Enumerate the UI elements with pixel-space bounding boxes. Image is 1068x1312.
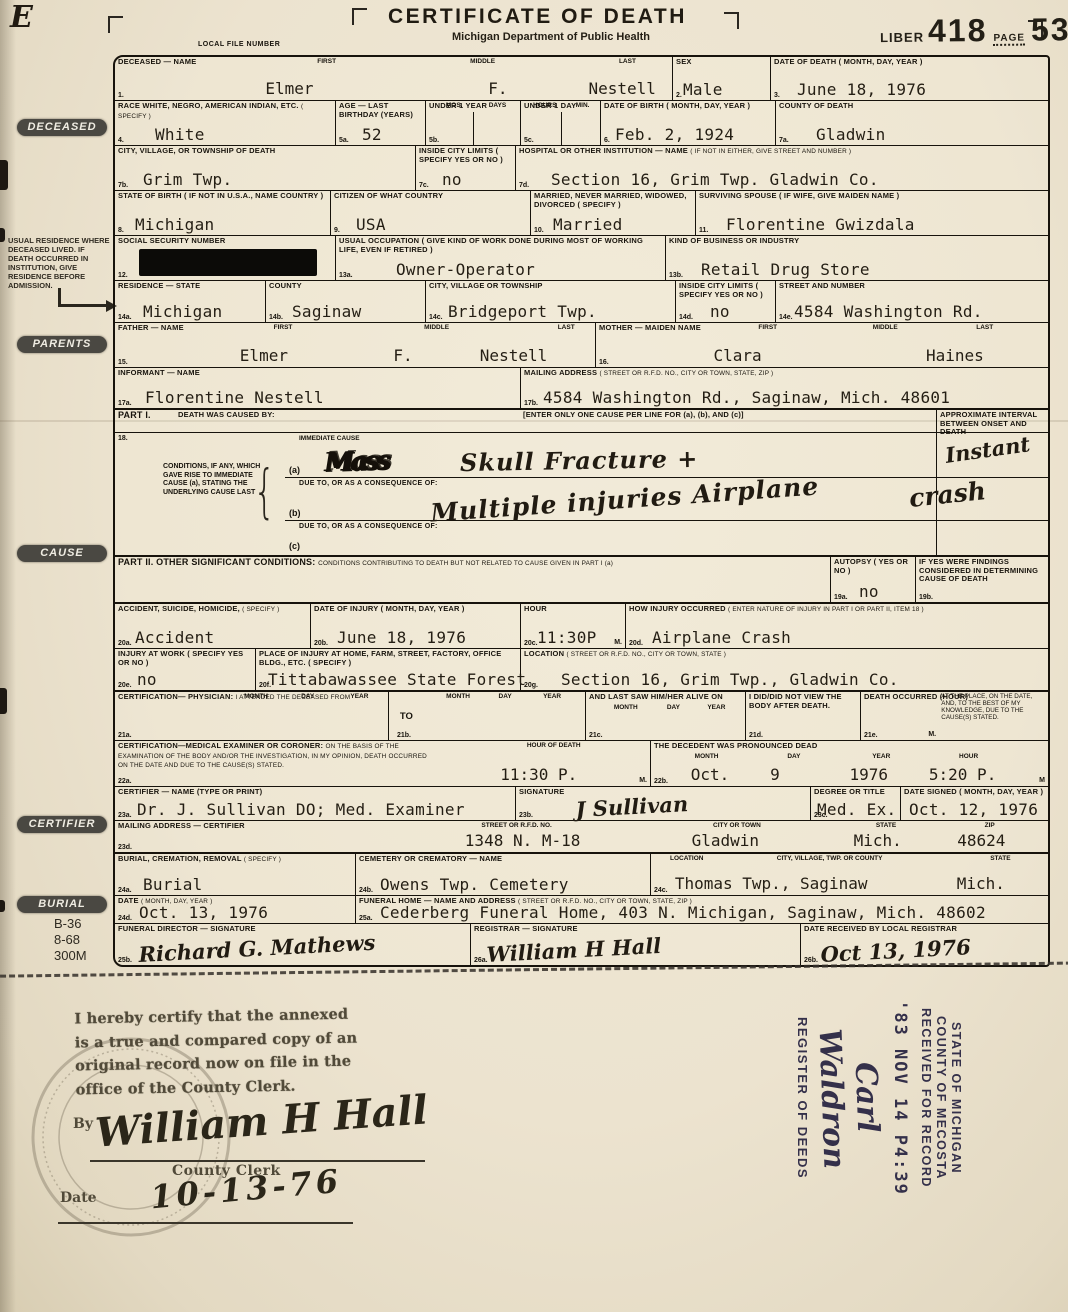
column-head: HOURS [533, 102, 556, 109]
field-value: Thomas Twp., Saginaw [675, 874, 868, 893]
field-value: Grim Twp. [143, 171, 232, 188]
field-number: 9. [334, 227, 340, 234]
field-number: 15. [118, 359, 128, 366]
field-sublabel: ( IF NOT IN EITHER, GIVE STREET AND NUMB… [690, 148, 851, 155]
field-number: 21b. [397, 732, 411, 739]
field-number: 23a. [118, 812, 132, 819]
cause-line-b: DUE TO, OR AS A CONSEQUENCE OF: (b) Mult… [285, 478, 936, 521]
field-sublabel: ( ENTER NATURE OF INJURY IN PART I OR PA… [728, 606, 924, 613]
field-number: 11. [699, 227, 708, 234]
industry-field: KIND OF BUSINESS OR INDUSTRY13b.Retail D… [665, 236, 1048, 280]
section-tab-parents: PARENTS [17, 336, 107, 353]
row-burial: BURIAL, CREMATION, REMOVAL ( SPECIFY )24… [115, 852, 1048, 895]
column-head: CITY OR TOWN [713, 822, 761, 829]
column-head: FIRST [758, 324, 777, 331]
row-place-of-death: CITY, VILLAGE, OR TOWNSHIP OF DEATH7b.Gr… [115, 145, 1048, 190]
field-number: 14a. [118, 314, 132, 321]
field-value: Dr. J. Sullivan DO; Med. Examiner [137, 801, 465, 818]
field-number: 22b. [654, 778, 668, 785]
date-of-death-field: DATE OF DEATH ( MONTH, DAY, YEAR )3.June… [770, 57, 1048, 100]
field-label: [ENTER ONLY ONE CAUSE PER LINE FOR (a), … [523, 411, 934, 420]
residence-city-field: CITY, VILLAGE OR TOWNSHIP14c.Bridgeport … [425, 281, 675, 322]
field-label: RACE WHITE, NEGRO, AMERICAN INDIAN, ETC.… [118, 102, 333, 121]
street-number-field: STREET AND NUMBER14e.4584 Washington Rd. [775, 281, 1048, 322]
informant-field: INFORMANT — NAME17a.Florentine Nestell [115, 368, 520, 408]
field-number: 3. [774, 92, 780, 99]
row-informant: INFORMANT — NAME17a.Florentine NestellMA… [115, 367, 1048, 408]
physician-certification-field: CERTIFICATION— PHYSICIAN: I ATTENDED THE… [115, 692, 585, 740]
field-sublabel: ( SPECIFY ) [118, 103, 303, 120]
handwritten-cause-b: Multiple injuries Airplane [429, 471, 820, 527]
field-number: 13b. [669, 272, 683, 279]
date-of-birth-field: DATE OF BIRTH ( MONTH, DAY, YEAR )6.Feb.… [600, 101, 775, 145]
register-signature: Carl Waldron [811, 997, 888, 1199]
funeral-home-field: FUNERAL HOME — NAME AND ADDRESS ( STREET… [355, 896, 1048, 923]
field-number: 21c. [589, 732, 603, 739]
field-number: 21e. [864, 732, 878, 739]
field-number: 23d. [118, 844, 132, 851]
handwritten-value: William H Hall [486, 937, 661, 963]
field-value: June 18, 1976 [797, 81, 926, 98]
column-head: STATE [876, 822, 896, 829]
column-head: MONTH [446, 693, 470, 700]
field-value: 5:20 P. [929, 765, 996, 784]
section-tab-deceased: DECEASED [17, 119, 107, 136]
field-label: FATHER — NAME [118, 324, 593, 333]
form-code-line: B-36 [54, 916, 87, 932]
cell-divider [388, 692, 390, 740]
marital-status-field: MARRIED, NEVER MARRIED, WIDOWED, DIVORCE… [530, 191, 695, 235]
page-value: 536 [1031, 11, 1068, 49]
field-number: 16. [599, 359, 609, 366]
burial-date-field: DATE ( MONTH, DAY, YEAR )24d.Oct. 13, 19… [115, 896, 355, 923]
liber-page-stamp: LIBER 418 PAGE 536 [880, 11, 1068, 50]
field-label: USUAL OCCUPATION ( GIVE KIND OF WORK DON… [339, 237, 663, 254]
field-value: 1348 N. M-18 [465, 831, 581, 850]
field-number: 5a. [339, 137, 349, 144]
field-sublabel: ( STREET OR R.F.D. NO., CITY OR TOWN, ST… [599, 370, 773, 377]
field-value: Gladwin [692, 831, 759, 850]
residence-county-field: COUNTY14b.Saginaw [265, 281, 425, 322]
field-label: SOCIAL SECURITY NUMBER [118, 237, 333, 246]
column-head: MONTH [695, 753, 719, 760]
field-label: DATE RECEIVED BY LOCAL REGISTRAR [804, 925, 1046, 934]
field-value: Elmer [265, 79, 313, 98]
interval-column: Instant crash [936, 433, 1049, 555]
stamp-line: STATE OF MICHIGAN [948, 998, 963, 1198]
field-number: 24d. [118, 915, 132, 922]
due-to-label: DUE TO, OR AS A CONSEQUENCE OF: [299, 480, 438, 487]
field-label: CITY, VILLAGE OR TOWNSHIP [429, 282, 673, 291]
registrar-signature-field: REGISTRAR — SIGNATURE26a.William H Hall [470, 924, 800, 965]
field-value: Florentine Nestell [145, 389, 324, 406]
field-label: MAILING ADDRESS ( STREET OR R.F.D. NO., … [524, 369, 1046, 379]
degree-title-field: DEGREE OR TITLE23c.Med. Ex. [810, 787, 900, 820]
father-name-field: FATHER — NAMEFIRSTMIDDLELAST15.ElmerF.Ne… [115, 323, 595, 367]
field-number: 21d. [749, 732, 763, 739]
line-letter: (a) [289, 465, 300, 475]
row-examiner-cert: CERTIFICATION—MEDICAL EXAMINER OR CORONE… [115, 740, 1048, 786]
field-label: HOSPITAL OR OTHER INSTITUTION — NAME ( I… [519, 147, 1046, 157]
handwritten-interval: Instant [944, 431, 1032, 468]
row-certifier-address: MAILING ADDRESS — CERTIFIER23d.STREET OR… [115, 820, 1048, 852]
column-head: LAST [619, 58, 636, 65]
age-field: AGE — LAST BIRTHDAY (YEARS)5a.52 [335, 101, 425, 145]
column-head: LOCATION [670, 855, 703, 862]
interval-a-cell: Instant [937, 433, 1049, 478]
death-certificate-page: E CERTIFICATE OF DEATH Michigan Departme… [0, 0, 1068, 1312]
registration-mark [108, 16, 123, 33]
field-value: Mich. [854, 831, 902, 850]
row-parents: FATHER — NAMEFIRSTMIDDLELAST15.ElmerF.Ne… [115, 322, 1048, 367]
field-value: USA [356, 216, 386, 233]
autopsy-field: AUTOPSY ( YES OR NO )19a.no [830, 557, 915, 602]
handwritten-value: Richard G. Mathews [138, 934, 376, 963]
field-value: Clara [714, 346, 762, 365]
column-head: STATE [990, 855, 1010, 862]
field-number: 5c. [524, 137, 534, 144]
field-number: 7b. [118, 182, 128, 189]
field-label: SEX [676, 58, 768, 67]
scan-artifact [0, 688, 7, 714]
field-value: Florentine Gwizdala [726, 216, 915, 233]
certifier-signature-field: SIGNATURE23b.J Sullivan [515, 787, 810, 820]
column-head: FIRST [317, 58, 336, 65]
column-head: CITY, VILLAGE, TWP. OR COUNTY [777, 855, 883, 862]
field-number: 18. [118, 435, 128, 442]
hour-of-injury-field: HOUR20c.11:30PM. [520, 604, 625, 648]
row-deceased-name: DECEASED — NAMEFIRSTMIDDLELAST1.ElmerF.N… [115, 57, 1048, 100]
field-value: Mich. [957, 874, 1005, 893]
field-label: LOCATION ( STREET OR R.F.D. NO., CITY OR… [524, 650, 1046, 660]
page-title: CERTIFICATE OF DEATH [388, 5, 687, 29]
field-label: THE DECEDENT WAS PRONOUNCED DEAD [654, 742, 1046, 751]
interval-header-cell: APPROXIMATE INTERVAL BETWEEN ONSET AND D… [936, 410, 1048, 432]
field-value: Michigan [143, 303, 222, 320]
field-label: INFORMANT — NAME [118, 369, 518, 378]
column-head: YEAR [350, 693, 368, 700]
field-label: CERTIFICATION—MEDICAL EXAMINER OR CORONE… [118, 742, 428, 771]
unit-label: M. [639, 777, 647, 784]
race-field: RACE WHITE, NEGRO, AMERICAN INDIAN, ETC.… [115, 101, 335, 145]
field-label: INSIDE CITY LIMITS ( SPECIFY YES OR NO ) [419, 147, 513, 164]
field-number: 24b. [359, 887, 373, 894]
stamp-line: COUNTY OF MECOSTA [933, 998, 948, 1198]
field-label: PART I. [118, 411, 173, 420]
row-residence: RESIDENCE — STATE14a.MichiganCOUNTY14b.S… [115, 280, 1048, 322]
handwritten-cause-a: Skull Fracture + [460, 444, 699, 477]
field-note: AT THE PLACE, ON THE DATE, AND, TO THE B… [941, 693, 1046, 721]
line-letter: (c) [289, 541, 300, 551]
section-tab-cause: CAUSE [17, 545, 107, 562]
field-number: 14d. [679, 314, 693, 321]
field-value: Oct. 12, 1976 [909, 801, 1038, 818]
row-physician-cert: CERTIFICATION— PHYSICIAN: I ATTENDED THE… [115, 690, 1048, 740]
field-label: DATE SIGNED ( MONTH, DAY, YEAR ) [904, 788, 1046, 797]
field-value: White [155, 126, 205, 143]
date-signed-field: DATE SIGNED ( MONTH, DAY, YEAR )Oct. 12,… [900, 787, 1048, 820]
field-number: 25a. [359, 915, 373, 922]
row-burial-date-funeral-home: DATE ( MONTH, DAY, YEAR )24d.Oct. 13, 19… [115, 895, 1048, 923]
redaction-box [139, 249, 317, 276]
field-number: 20e. [118, 682, 132, 689]
cause-conditions-cell: 18. CONDITIONS, IF ANY, WHICH GAVE RISE … [115, 433, 285, 555]
injury-location-field: LOCATION ( STREET OR R.F.D. NO., CITY OR… [520, 649, 1048, 690]
field-value: Gladwin [816, 126, 886, 143]
sex-field: SEX2.Male [672, 57, 770, 100]
field-number: 7c. [419, 182, 429, 189]
row-ssn-occupation: SOCIAL SECURITY NUMBER12.USUAL OCCUPATIO… [115, 235, 1048, 280]
field-number: 12. [118, 272, 128, 279]
field-number: 19b. [919, 594, 933, 601]
row-injury-place: INJURY AT WORK ( SPECIFY YES OR NO )20e.… [115, 648, 1048, 690]
row-injury: ACCIDENT, SUICIDE, HOMICIDE, ( SPECIFY )… [115, 602, 1048, 648]
field-value: 9 [770, 765, 780, 784]
column-head: MIN. [576, 102, 590, 109]
part1-label-cell: PART I. [115, 410, 175, 432]
field-label: CEMETERY OR CREMATORY — NAME [359, 855, 648, 864]
column-head: DAY [499, 693, 512, 700]
row-race-age-birth: RACE WHITE, NEGRO, AMERICAN INDIAN, ETC.… [115, 100, 1048, 145]
field-label: MARRIED, NEVER MARRIED, WIDOWED, DIVORCE… [534, 192, 693, 209]
handwritten-cause-a-scrawl: Mass [324, 446, 388, 478]
field-label: COUNTY OF DEATH [779, 102, 1046, 111]
field-number: 8. [118, 227, 124, 234]
cause-line-a: IMMEDIATE CAUSE (a) Mass Skull Fracture … [285, 433, 936, 478]
field-number: 24c. [654, 887, 668, 894]
column-head: DAY [301, 693, 314, 700]
death-occurred-attest-field: DEATH OCCURRED (HOUR)21e.M.AT THE PLACE,… [860, 692, 1048, 740]
field-value: Haines [926, 346, 984, 365]
field-label: STREET AND NUMBER [779, 282, 1046, 291]
field-number: 24a. [118, 887, 132, 894]
field-value: 11:30 P. [500, 765, 577, 784]
field-value: 4584 Washington Rd. [794, 303, 983, 320]
scan-artifact [0, 900, 5, 912]
registration-mark [352, 8, 367, 25]
field-label: AUTOPSY ( YES OR NO ) [834, 558, 913, 575]
field-value: Section 16, Grim Twp. Gladwin Co. [551, 171, 879, 188]
column-head: LAST [558, 324, 575, 331]
field-value: Owner-Operator [396, 261, 535, 278]
residence-state-field: RESIDENCE — STATE14a.Michigan [115, 281, 265, 322]
certifier-address-field: STREET OR R.F.D. NO.CITY OR TOWNSTATEZIP… [400, 821, 1048, 852]
field-value: Nestell [480, 346, 547, 365]
burial-type-field: BURIAL, CREMATION, REMOVAL ( SPECIFY )24… [115, 854, 355, 895]
certifier-name-field: CERTIFIER — NAME (TYPE OR PRINT)23a.Dr. … [115, 787, 515, 820]
field-value: 52 [362, 126, 382, 143]
field-label: MAILING ADDRESS — CERTIFIER [118, 822, 398, 831]
surviving-spouse-field: SURVIVING SPOUSE ( IF WIFE, GIVE MAIDEN … [695, 191, 1048, 235]
immediate-cause-label: IMMEDIATE CAUSE [299, 435, 360, 442]
liber-value: 418 [928, 12, 988, 50]
field-label: INJURY AT WORK ( SPECIFY YES OR NO ) [118, 650, 253, 667]
handwritten-value: J Sullivan [575, 795, 688, 818]
field-label: REGISTRAR — SIGNATURE [474, 925, 798, 934]
field-number: 17b. [524, 400, 538, 407]
field-label: ACCIDENT, SUICIDE, HOMICIDE, ( SPECIFY ) [118, 605, 308, 615]
interval-b-cell: crash [937, 478, 1049, 521]
hospital-field: HOSPITAL OR OTHER INSTITUTION — NAME ( I… [515, 146, 1048, 190]
section-tab-certifier: CERTIFIER [17, 816, 107, 833]
field-label: DEGREE OR TITLE [814, 788, 898, 797]
autopsy-findings-field: IF YES WERE FINDINGS CONSIDERED IN DETER… [915, 557, 1048, 602]
column-head: MONTH [614, 704, 638, 711]
ssn-field: SOCIAL SECURITY NUMBER12. [115, 236, 335, 280]
column-head: MIDDLE [470, 58, 495, 65]
field-value: F. [488, 79, 507, 98]
field-value: Owens Twp. Cemetery [380, 876, 569, 893]
form-code-line: 300M [54, 948, 87, 964]
field-number: 1. [118, 92, 124, 99]
field-number: 19a. [834, 594, 848, 601]
column-head: YEAR [872, 753, 890, 760]
field-label: PART II. OTHER SIGNIFICANT CONDITIONS: C… [118, 558, 828, 569]
row-certifier: CERTIFIER — NAME (TYPE OR PRINT)23a.Dr. … [115, 786, 1048, 820]
field-label: IF YES WERE FINDINGS CONSIDERED IN DETER… [919, 558, 1046, 584]
field-number: 25b. [118, 957, 132, 964]
field-value: June 18, 1976 [337, 629, 466, 646]
signature-line [90, 1160, 425, 1162]
form-rows-lower: PART II. OTHER SIGNIFICANT CONDITIONS: C… [115, 555, 1048, 965]
field-number: 26b. [804, 957, 818, 964]
field-label: DATE OF BIRTH ( MONTH, DAY, YEAR ) [604, 102, 773, 111]
manner-of-death-field: ACCIDENT, SUICIDE, HOMICIDE, ( SPECIFY )… [115, 604, 310, 648]
field-value: Airplane Crash [652, 629, 791, 646]
clerk-certification-stamp: I hereby certify that the annexed is a t… [74, 1003, 358, 1102]
county-of-death-field: COUNTY OF DEATH7a.Gladwin [775, 101, 1048, 145]
row-birth-citizen-marital: STATE OF BIRTH ( IF NOT IN U.S.A., NAME … [115, 190, 1048, 235]
field-value: Saginaw [292, 303, 362, 320]
field-number: 13a. [339, 272, 353, 279]
field-value: Elmer [240, 346, 288, 365]
cemetery-field: CEMETERY OR CREMATORY — NAME24b.Owens Tw… [355, 854, 650, 895]
field-value: Married [553, 216, 623, 233]
pronounced-dead-field: THE DECEDENT WAS PRONOUNCED DEADMONTHDAY… [650, 741, 1048, 786]
field-value: Section 16, Grim Twp., Gladwin Co. [561, 671, 899, 688]
funeral-director-signature-field: FUNERAL DIRECTOR — SIGNATURE25b.Richard … [115, 924, 470, 965]
field-number: 2. [676, 92, 682, 99]
field-label: AGE — LAST BIRTHDAY (YEARS) [339, 102, 423, 119]
field-number: 14c. [429, 314, 443, 321]
field-label: INSIDE CITY LIMITS ( SPECIFY YES OR NO ) [679, 282, 773, 299]
field-label: SURVIVING SPOUSE ( IF WIFE, GIVE MAIDEN … [699, 192, 1046, 201]
field-number: 20a. [118, 640, 132, 647]
form-rows-upper: DECEASED — NAMEFIRSTMIDDLELAST1.ElmerF.N… [115, 57, 1048, 432]
handwritten-value: Oct 13, 1976 [820, 938, 971, 963]
field-number: 10. [534, 227, 544, 234]
field-number: 21a. [118, 732, 132, 739]
residence-note: USUAL RESIDENCE WHERE DECEASED LIVED. IF… [8, 236, 110, 290]
handwritten-e-mark: E [10, 0, 33, 35]
cause-conditions-note: CONDITIONS, IF ANY, WHICH GAVE RISE TO I… [163, 463, 268, 497]
field-value: Oct. [691, 765, 730, 784]
field-value: no [442, 171, 462, 188]
field-value: Accident [135, 629, 214, 646]
field-number: 17a. [118, 400, 132, 407]
field-label: DECEASED — NAME [118, 58, 670, 67]
field-label: CITY, VILLAGE, OR TOWNSHIP OF DEATH [118, 147, 413, 156]
one-cause-note-cell: [ENTER ONLY ONE CAUSE PER LINE FOR (a), … [520, 410, 936, 432]
date-label: Date [60, 1190, 97, 1206]
field-number: 7d. [519, 182, 529, 189]
inside-city-limits-field: INSIDE CITY LIMITS ( SPECIFY YES OR NO )… [415, 146, 515, 190]
column-head: DAYS [489, 102, 506, 109]
field-value: Nestell [588, 79, 655, 98]
field-label: DATE OF DEATH ( MONTH, DAY, YEAR ) [774, 58, 1046, 67]
residence-icl-field: INSIDE CITY LIMITS ( SPECIFY YES OR NO )… [675, 281, 775, 322]
field-number: 4. [118, 137, 124, 144]
field-value: no [859, 583, 879, 600]
received-for-record-stamp: STATE OF MICHIGAN COUNTY OF MECOSTA RECE… [795, 998, 963, 1198]
field-label: PLACE OF INJURY AT HOME, FARM, STREET, F… [259, 650, 518, 667]
register-title: REGISTER OF DEEDS [795, 998, 810, 1198]
date-of-injury-field: DATE OF INJURY ( MONTH, DAY, YEAR )20b.J… [310, 604, 520, 648]
form-code-line: 8-68 [54, 932, 87, 948]
field-number: 7a. [779, 137, 789, 144]
unit-label: M [1039, 777, 1045, 784]
column-head: LAST [976, 324, 993, 331]
field-number: 20b. [314, 640, 328, 647]
column-head: HOUR [959, 753, 978, 760]
column-head: DAY [787, 753, 800, 760]
cause-line-c: DUE TO, OR AS A CONSEQUENCE OF: (c) [285, 521, 936, 553]
certificate-form: DECEASED — NAMEFIRSTMIDDLELAST1.ElmerF.N… [113, 55, 1050, 967]
interval-c-cell [937, 521, 1049, 553]
field-value: 4584 Washington Rd., Saginaw, Mich. 4860… [543, 389, 950, 406]
row-part1-header: PART I.DEATH WAS CAUSED BY:[ENTER ONLY O… [115, 408, 1048, 432]
under-1-day-field: UNDER 1 DAYHOURSMIN.5c. [520, 101, 600, 145]
field-sublabel: ( STREET OR R.F.D. NO., CITY OR TOWN, ST… [567, 651, 727, 658]
column-head: MOS. [446, 102, 463, 109]
field-number: 5b. [429, 137, 439, 144]
line-letter: (b) [289, 508, 301, 518]
row-part2: PART II. OTHER SIGNIFICANT CONDITIONS: C… [115, 555, 1048, 602]
liber-label: LIBER [880, 30, 924, 45]
citizen-field: CITIZEN OF WHAT COUNTRY9.USA [330, 191, 530, 235]
scan-artifact [0, 160, 8, 190]
field-label: HOW INJURY OCCURRED ( ENTER NATURE OF IN… [629, 605, 1046, 615]
field-number: 23b. [519, 812, 533, 819]
local-file-number-label: LOCAL FILE NUMBER [198, 41, 280, 48]
field-number: 22a. [118, 778, 132, 785]
column-head: MONTH [244, 693, 268, 700]
occupation-field: USUAL OCCUPATION ( GIVE KIND OF WORK DON… [335, 236, 665, 280]
field-sublabel: ON THE BASIS OF THE EXAMINATION OF THE B… [118, 743, 427, 769]
unit-label: M. [614, 639, 622, 646]
page-label: PAGE [993, 33, 1025, 46]
field-label: I DID/DID NOT VIEW THE BODY AFTER DEATH. [749, 693, 858, 710]
viewed-body-field: I DID/DID NOT VIEW THE BODY AFTER DEATH.… [745, 692, 860, 740]
column-head: STREET OR R.F.D. NO. [481, 822, 551, 829]
field-number: 14b. [269, 314, 283, 321]
field-label: RESIDENCE — STATE [118, 282, 263, 291]
column-head: ZIP [985, 822, 995, 829]
field-value: Retail Drug Store [701, 261, 870, 278]
deceased-name-field: DECEASED — NAMEFIRSTMIDDLELAST1.ElmerF.N… [115, 57, 672, 100]
field-value: 1976 [850, 765, 889, 784]
cause-of-death-block: 18. CONDITIONS, IF ANY, WHICH GAVE RISE … [115, 432, 1048, 555]
column-head: DAY [667, 704, 680, 711]
medical-examiner-certification-field: CERTIFICATION—MEDICAL EXAMINER OR CORONE… [115, 741, 650, 786]
cause-lines-cell: IMMEDIATE CAUSE (a) Mass Skull Fracture … [285, 433, 936, 555]
field-number: 6. [604, 137, 610, 144]
cemetery-location-field: LOCATIONCITY, VILLAGE, TWP. OR COUNTYSTA… [650, 854, 1048, 895]
field-value: Burial [143, 876, 203, 893]
field-value: Tittabawassee State Forest [268, 671, 526, 688]
field-label: CITIZEN OF WHAT COUNTRY [334, 192, 528, 201]
by-label: By [73, 1116, 93, 1132]
